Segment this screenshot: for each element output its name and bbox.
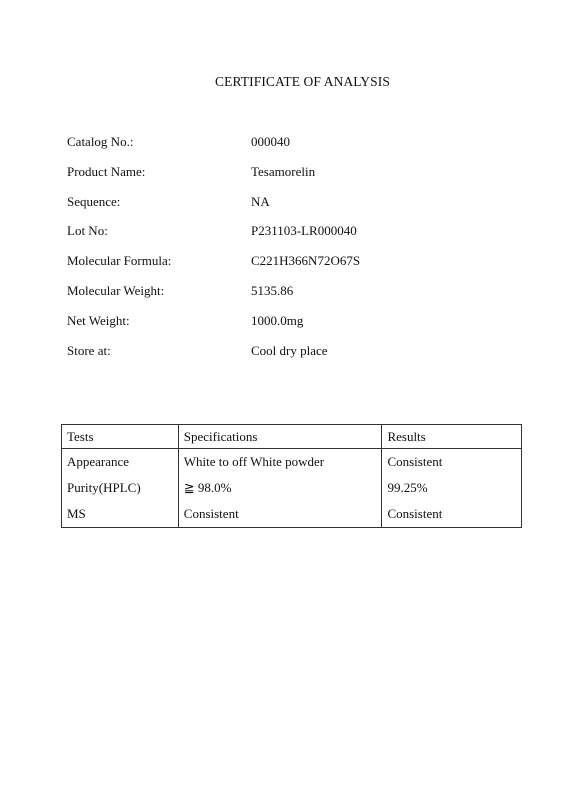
column-header-specifications: Specifications [178,425,382,449]
table-row: Purity(HPLC) ≧ 98.0% 99.25% [62,475,522,501]
info-row-net-weight: Net Weight: 1000.0mg [67,313,467,343]
column-header-results: Results [382,425,522,449]
info-label: Molecular Weight: [67,283,164,299]
info-label: Store at: [67,343,111,359]
info-value: 000040 [251,134,290,150]
info-value: 5135.86 [251,283,293,299]
table-header-row: Tests Specifications Results [62,425,522,449]
cell-result: 99.25% [382,475,522,501]
info-row-molecular-weight: Molecular Weight: 5135.86 [67,283,467,313]
info-row-sequence: Sequence: NA [67,194,467,224]
info-row-product-name: Product Name: Tesamorelin [67,164,467,194]
info-label: Lot No: [67,223,108,239]
document-title: CERTIFICATE OF ANALYSIS [20,74,565,90]
info-row-molecular-formula: Molecular Formula: C221H366N72O67S [67,253,467,283]
info-label: Product Name: [67,164,145,180]
info-row-lot-no: Lot No: P231103-LR000040 [67,223,467,253]
cell-result: Consistent [382,501,522,528]
info-value: P231103-LR000040 [251,223,357,239]
product-info: Catalog No.: 000040 Product Name: Tesamo… [67,134,467,372]
table-row: MS Consistent Consistent [62,501,522,528]
info-label: Molecular Formula: [67,253,171,269]
certificate-page: CERTIFICATE OF ANALYSIS Catalog No.: 000… [0,0,565,800]
column-header-tests: Tests [62,425,179,449]
info-label: Sequence: [67,194,120,210]
info-value: C221H366N72O67S [251,253,360,269]
info-label: Net Weight: [67,313,130,329]
cell-test: MS [62,501,179,528]
info-value: Cool dry place [251,343,328,359]
info-value: Tesamorelin [251,164,315,180]
cell-test: Appearance [62,449,179,476]
table-row: Appearance White to off White powder Con… [62,449,522,476]
cell-specification: White to off White powder [178,449,382,476]
info-value: 1000.0mg [251,313,303,329]
cell-test: Purity(HPLC) [62,475,179,501]
cell-result: Consistent [382,449,522,476]
cell-specification: ≧ 98.0% [178,475,382,501]
cell-specification: Consistent [178,501,382,528]
tests-table: Tests Specifications Results Appearance … [61,424,522,528]
info-row-store-at: Store at: Cool dry place [67,343,467,373]
info-row-catalog-no: Catalog No.: 000040 [67,134,467,164]
info-value: NA [251,194,270,210]
info-label: Catalog No.: [67,134,133,150]
